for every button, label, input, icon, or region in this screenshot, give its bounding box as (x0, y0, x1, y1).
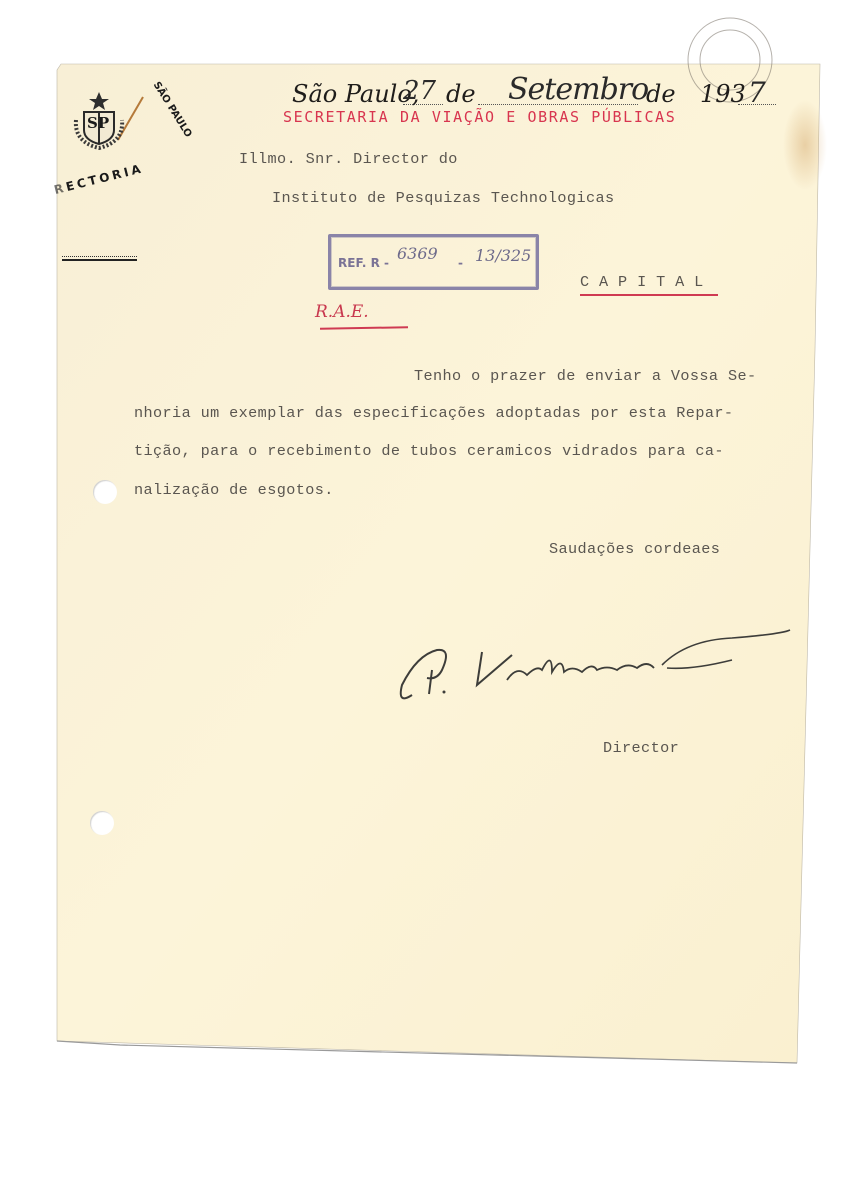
letterhead-rule (62, 256, 137, 257)
dateline-de-2: de (646, 80, 676, 108)
dateline-year-line (738, 104, 776, 105)
closing-salutation: Saudações cordeaes (549, 540, 720, 558)
emblem-initials: SP (87, 114, 109, 132)
body-line-3: tição, para o recebimento de tubos ceram… (134, 442, 724, 460)
body-line-4: nalização de esgotos. (134, 481, 334, 499)
state-emblem-icon: SP (68, 90, 130, 152)
department-name: SECRETARIA DA VIAÇÃO E OBRAS PÚBLICAS (283, 108, 676, 126)
reference-stamp-code: 13/325 (475, 246, 531, 265)
reference-stamp-separator: - (458, 256, 463, 270)
letter-page: SP SÃO PAULO RECTORIA São Paulo, 27 de S… (0, 0, 848, 1200)
punch-hole-bottom (90, 811, 114, 835)
signatory-title: Director (603, 739, 679, 757)
dateline-day-line (403, 104, 443, 105)
addressee-city-underline (580, 294, 718, 296)
red-annotation: R.A.E. (315, 302, 369, 322)
dateline-month-line (478, 104, 638, 105)
addressee-city: C A P I T A L (580, 273, 704, 291)
dateline-de-1: de (446, 80, 476, 108)
addressee-line-1: Illmo. Snr. Director do (239, 150, 458, 168)
dateline-city: São Paulo, (292, 80, 419, 108)
reference-stamp-number: 6369 (397, 244, 438, 263)
body-line-2: nhoria um exemplar das especificações ad… (134, 404, 733, 422)
dateline-day: 27 (403, 76, 436, 106)
addressee-line-2: Instituto de Pesquizas Technologicas (272, 189, 615, 207)
reference-stamp-label: REF. R - (338, 256, 389, 270)
signature: R. Valladão (392, 610, 792, 710)
letterhead-rule-solid (62, 259, 137, 261)
paper-sheet (0, 0, 848, 1200)
dateline-month: Setembro (508, 72, 648, 107)
punch-hole-top (93, 480, 117, 504)
body-line-1: Tenho o prazer de enviar a Vossa Se- (414, 367, 757, 385)
